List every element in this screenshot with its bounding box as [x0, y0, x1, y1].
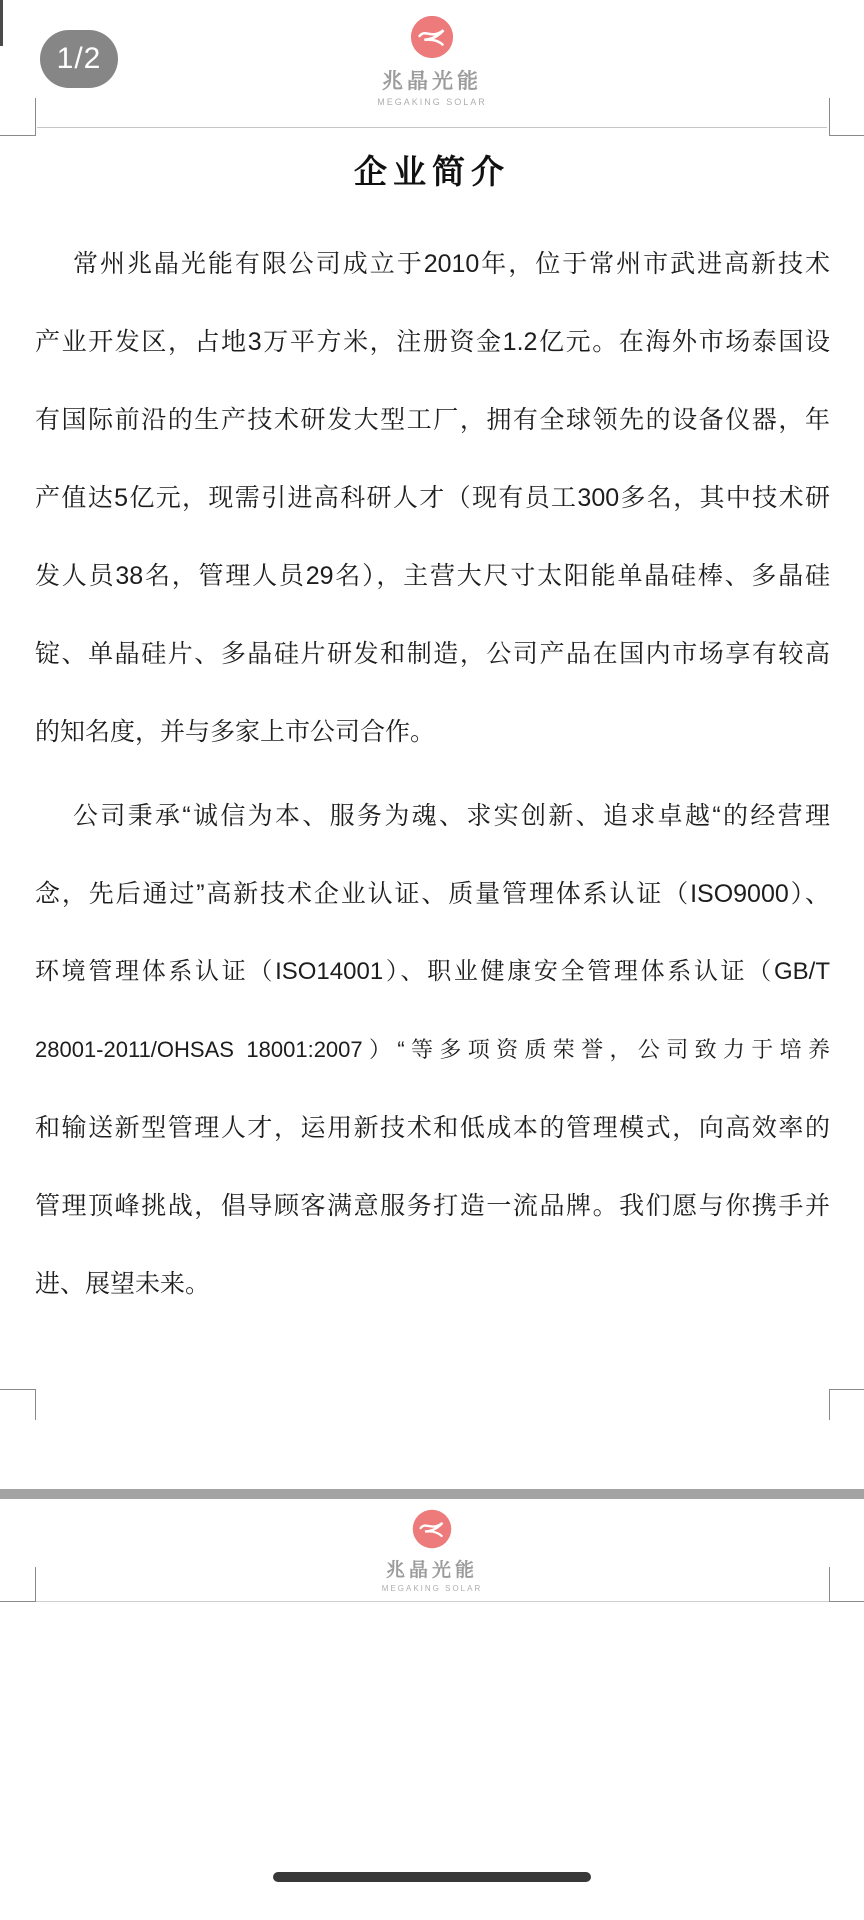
logo-name-cn: 兆晶光能 — [282, 65, 582, 95]
document-title: 企业简介 — [0, 146, 864, 193]
crop-mark-top-left-v — [35, 98, 36, 136]
logo-sun-icon — [411, 1508, 453, 1550]
text-line: 进、展望未来。 — [35, 1245, 830, 1323]
crop-mark-top-right-h — [829, 135, 864, 136]
text-line: 环境管理体系认证（ISO14001）、职业健康安全管理体系认证（GB/T — [35, 933, 830, 1011]
crop-mark-page2-left-h — [0, 1601, 35, 1602]
text-line: 的知名度，并与多家上市公司合作。 — [35, 693, 830, 771]
text-line: 公司秉承“诚信为本、服务为魂、求实创新、追求卓越“的经营理 — [35, 777, 830, 855]
text-line: 常州兆晶光能有限公司成立于2010年，位于常州市武进高新技术 — [35, 225, 830, 303]
text-line: 管理顶峰挑战，倡导顾客满意服务打造一流品牌。我们愿与你携手并 — [35, 1167, 830, 1245]
crop-mark-bottom-left-h — [0, 1389, 35, 1390]
scan-edge-artifact — [0, 0, 3, 46]
text-line: 发人员38名，管理人员29名），主营大尺寸太阳能单晶硅棒、多晶硅 — [35, 537, 830, 615]
text-line: 产值达5亿元，现需引进高科研人才（现有员工300多名，其中技术研 — [35, 459, 830, 537]
crop-mark-top-left-h — [0, 135, 35, 136]
logo-name-en: MEGAKING SOLAR — [282, 97, 582, 107]
page-indicator-badge: 1/2 — [40, 30, 118, 88]
home-indicator[interactable] — [273, 1872, 591, 1882]
crop-mark-page2-right-v — [829, 1567, 830, 1602]
crop-mark-page2-right-h — [829, 1601, 864, 1602]
company-logo-header: 兆晶光能 MEGAKING SOLAR — [282, 14, 582, 107]
crop-mark-bottom-left-v — [35, 1389, 36, 1420]
text-line: 有国际前沿的生产技术研发大型工厂，拥有全球领先的设备仪器，年 — [35, 381, 830, 459]
text-line: 念，先后通过”高新技术企业认证、质量管理体系认证（ISO9000）、 — [35, 855, 830, 933]
company-logo-footer: 兆晶光能 MEGAKING SOLAR — [282, 1508, 582, 1593]
text-line: 锭、单晶硅片、多晶硅片研发和制造，公司产品在国内市场享有较高 — [35, 615, 830, 693]
document-viewer: 1/2 兆晶光能 MEGAKING SOLAR 企业简介 常州兆晶光能有限公司成… — [0, 0, 864, 1920]
text-line: 产业开发区，占地3万平方米，注册资金1.2亿元。在海外市场泰国设 — [35, 303, 830, 381]
header-rule — [37, 127, 827, 128]
document-body: 常州兆晶光能有限公司成立于2010年，位于常州市武进高新技术 产业开发区，占地3… — [35, 225, 830, 1323]
text-line: 和输送新型管理人才，运用新技术和低成本的管理模式，向高效率的 — [35, 1089, 830, 1167]
crop-mark-page2-left-v — [35, 1567, 36, 1602]
crop-mark-top-right-v — [829, 98, 830, 136]
page2-header-rule — [0, 1601, 864, 1602]
logo-name-en: MEGAKING SOLAR — [282, 1584, 582, 1593]
crop-mark-bottom-right-v — [829, 1389, 830, 1420]
logo-name-cn: 兆晶光能 — [282, 1555, 582, 1582]
text-line: 28001-2011/OHSAS 18001:2007）“等多项资质荣誉，公司致… — [35, 1011, 830, 1089]
logo-sun-icon — [409, 14, 455, 60]
page-break-divider — [0, 1489, 864, 1499]
crop-mark-bottom-right-h — [829, 1389, 864, 1390]
